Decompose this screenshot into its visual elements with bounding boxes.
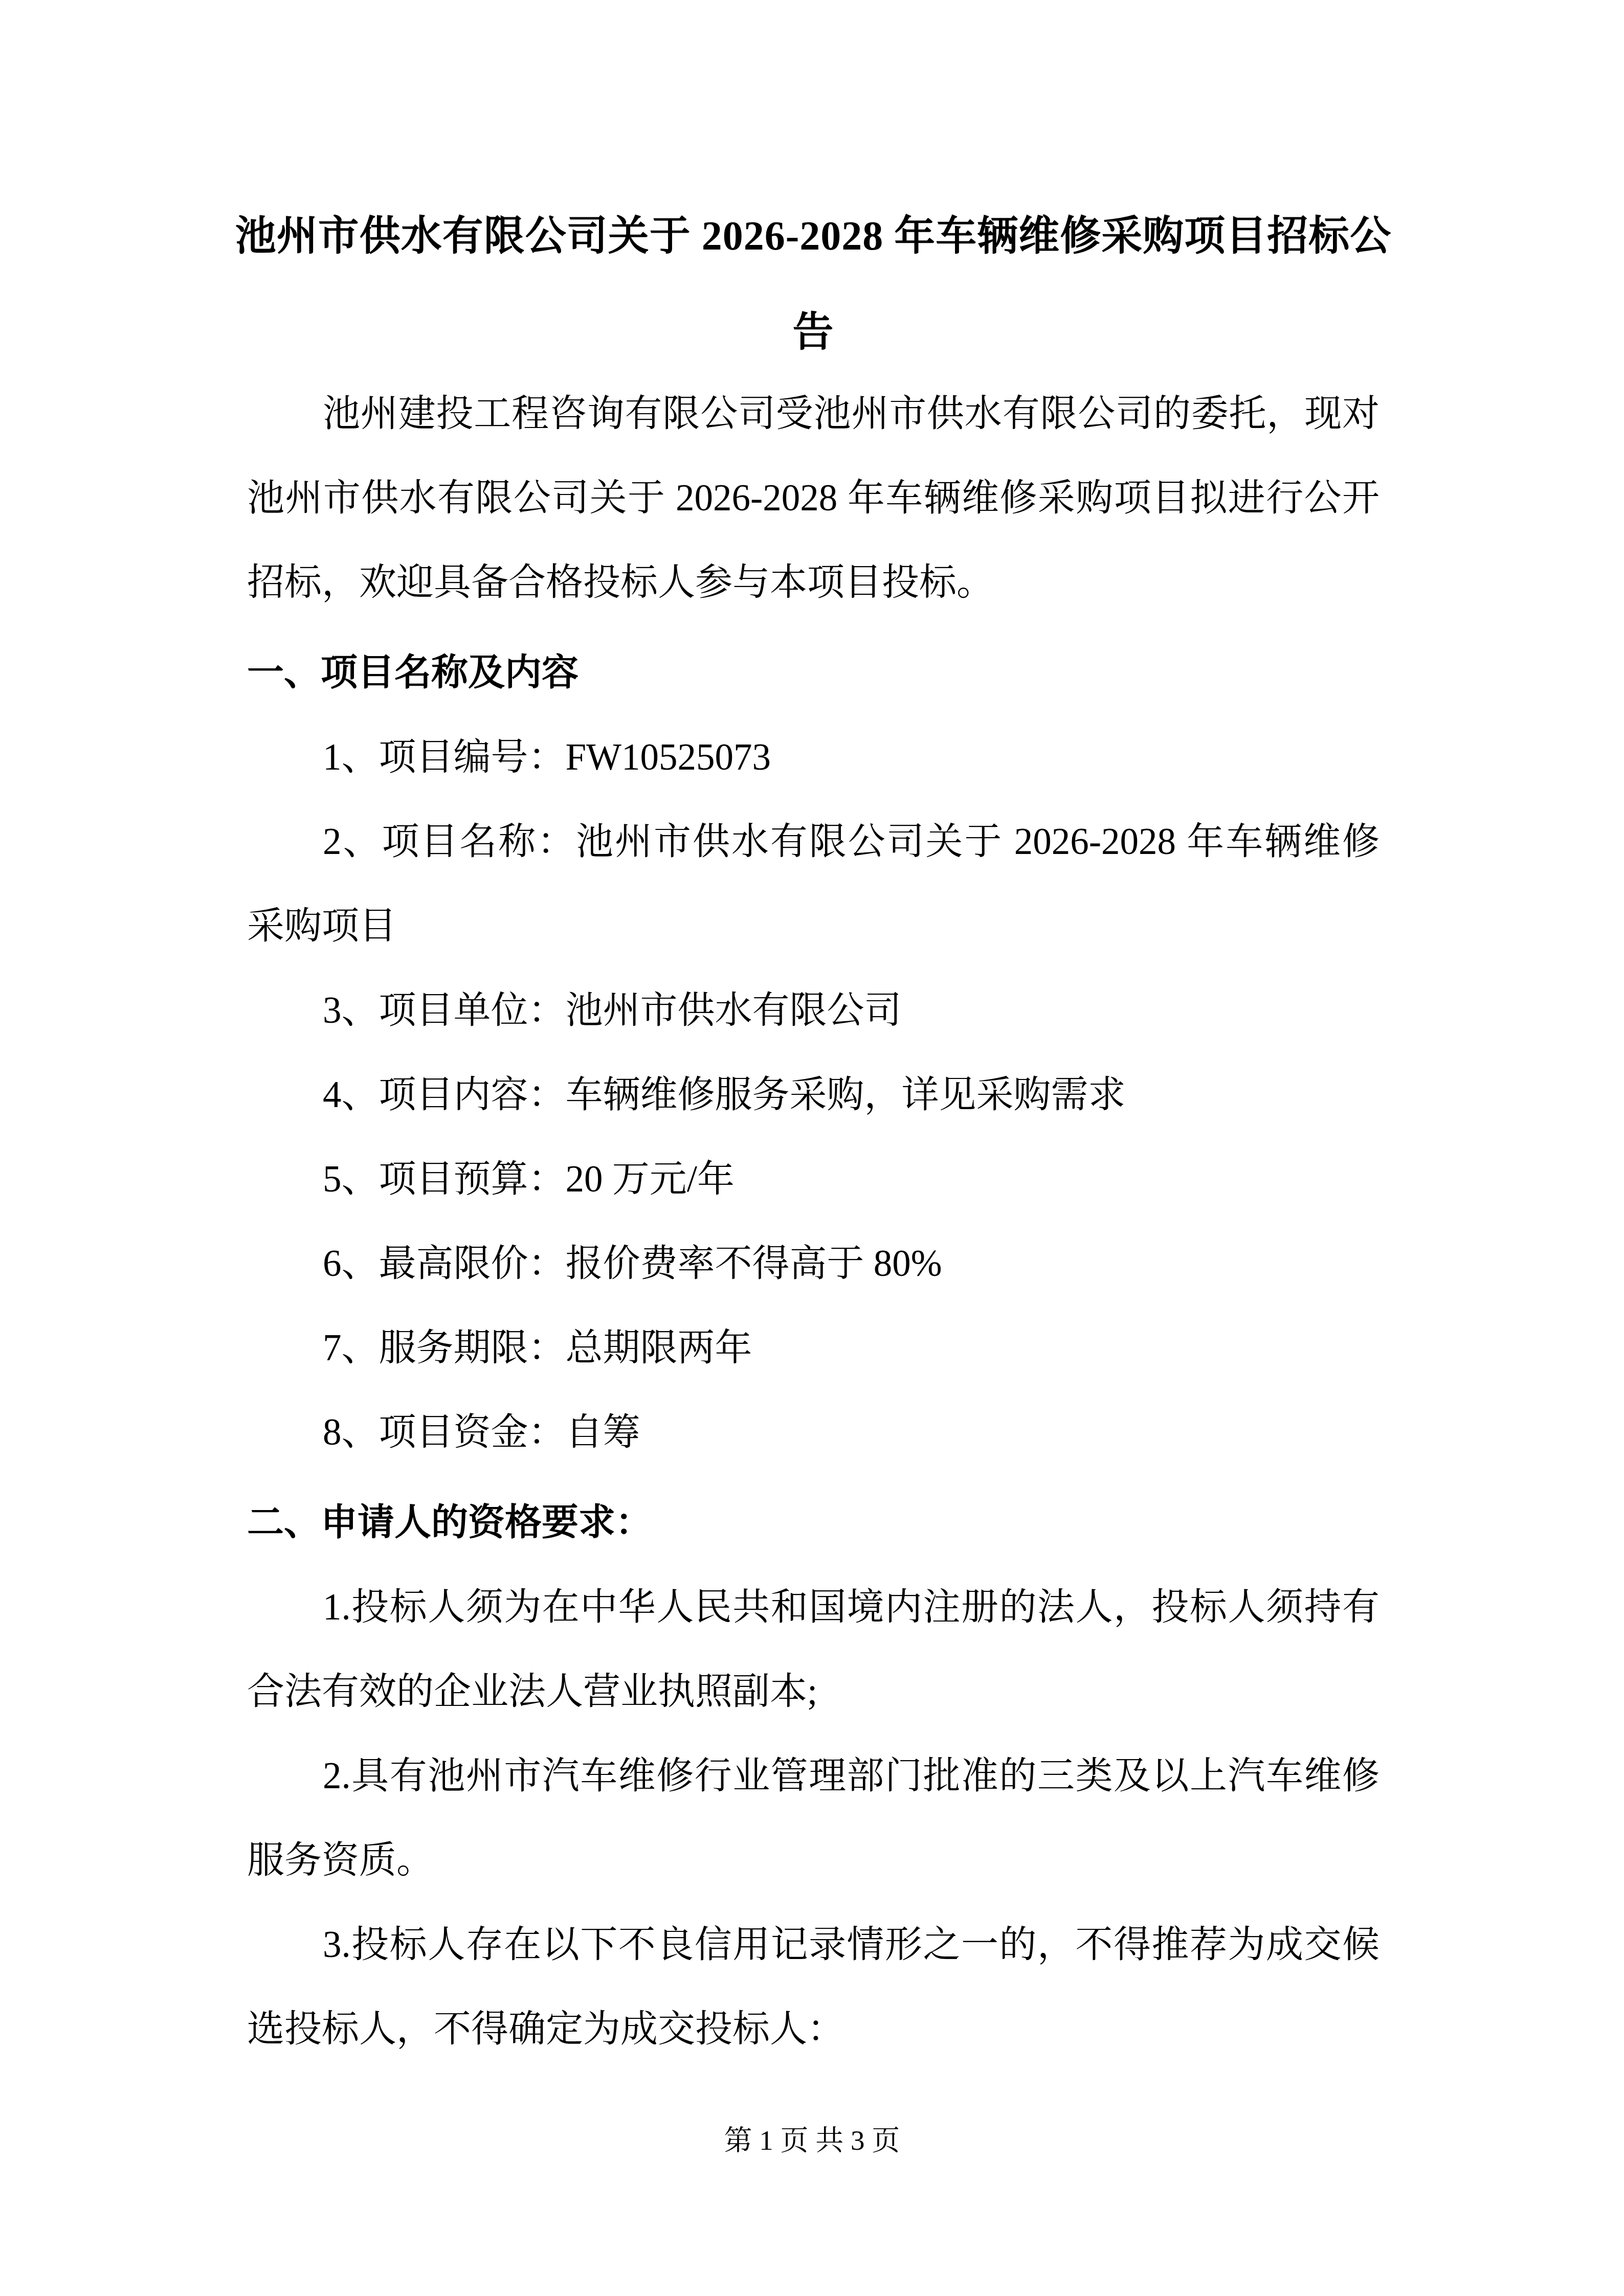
section-1-item-2: 2、项目名称：池州市供水有限公司关于 2026-2028 年车辆维修采购项目 (247, 799, 1380, 968)
section-1-item-4: 4、项目内容：车辆维修服务采购，详见采购需求 (247, 1052, 1380, 1137)
section-2-heading: 二、申请人的资格要求： (247, 1480, 1380, 1565)
document-page: 池州市供水有限公司关于 2026-2028 年车辆维修采购项目招标公告 池州建投… (0, 0, 1624, 2296)
document-title-line-1: 池州市供水有限公司关于 2026-2028 年车辆维修采购项目招标公 (235, 214, 1392, 259)
section-1-item-7: 7、服务期限：总期限两年 (247, 1305, 1380, 1390)
section-1-heading: 一、项目名称及内容 (247, 631, 1380, 715)
section-2-item-2: 2.具有池州市汽车维修行业管理部门批准的三类及以上汽车维修服务资质。 (247, 1734, 1380, 1902)
section-1-item-6: 6、最高限价：报价费率不得高于 80% (247, 1221, 1380, 1305)
section-1-item-8: 8、项目资金：自筹 (247, 1390, 1380, 1474)
section-1-item-3: 3、项目单位：池州市供水有限公司 (247, 968, 1380, 1052)
section-1-item-5: 5、项目预算：20 万元/年 (247, 1137, 1380, 1221)
document-content: 池州市供水有限公司关于 2026-2028 年车辆维修采购项目招标公告 池州建投… (0, 0, 1624, 2071)
section-1-item-1: 1、项目编号：FW10525073 (247, 715, 1380, 799)
document-title-line-2: 告 (793, 310, 834, 355)
section-2-item-1: 1.投标人须为在中华人民共和国境内注册的法人，投标人须持有合法有效的企业法人营业… (247, 1565, 1380, 1734)
section-2-item-3: 3.投标人存在以下不良信用记录情形之一的，不得推荐为成交候选投标人，不得确定为成… (247, 1902, 1380, 2071)
document-title: 池州市供水有限公司关于 2026-2028 年车辆维修采购项目招标公告 (229, 188, 1397, 380)
page-number-footer: 第 1 页 共 3 页 (0, 2125, 1624, 2156)
intro-paragraph: 池州建投工程咨询有限公司受池州市供水有限公司的委托，现对池州市供水有限公司关于 … (247, 371, 1380, 624)
